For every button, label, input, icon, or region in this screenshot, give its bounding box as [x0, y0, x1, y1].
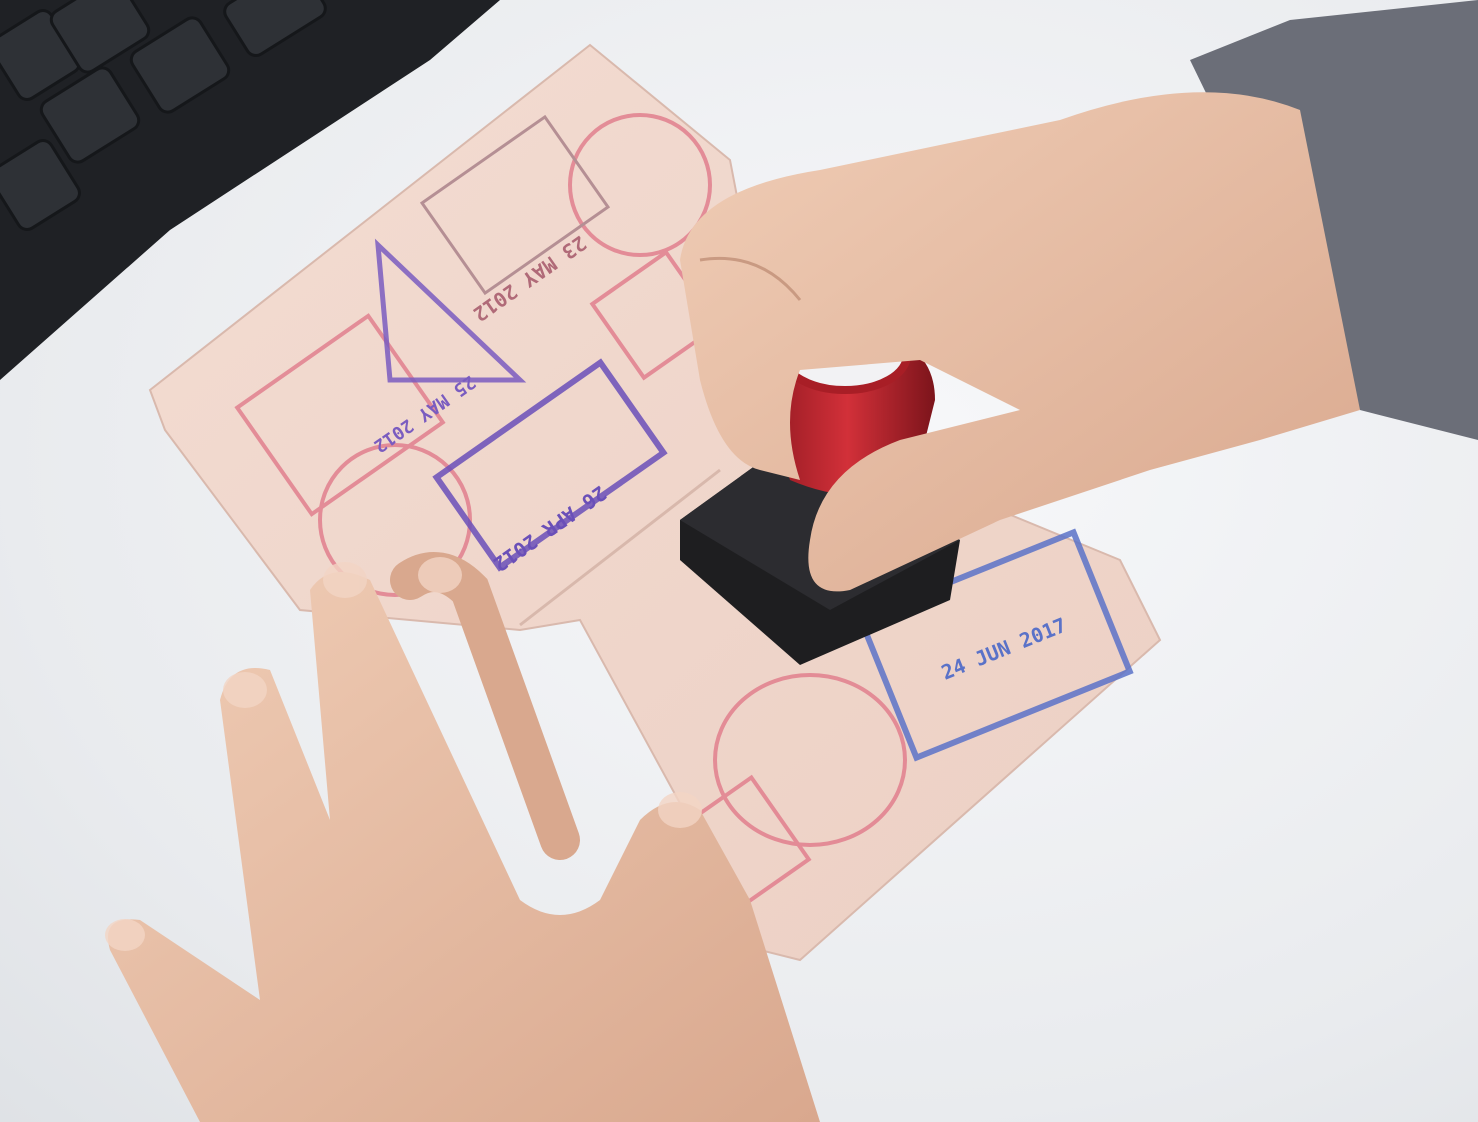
- photo-illustration: 23 MAY 2012 25 MAY 2012 26 APR 2012 24 J…: [0, 0, 1478, 1122]
- photo-scene: 23 MAY 2012 25 MAY 2012 26 APR 2012 24 J…: [0, 0, 1478, 1122]
